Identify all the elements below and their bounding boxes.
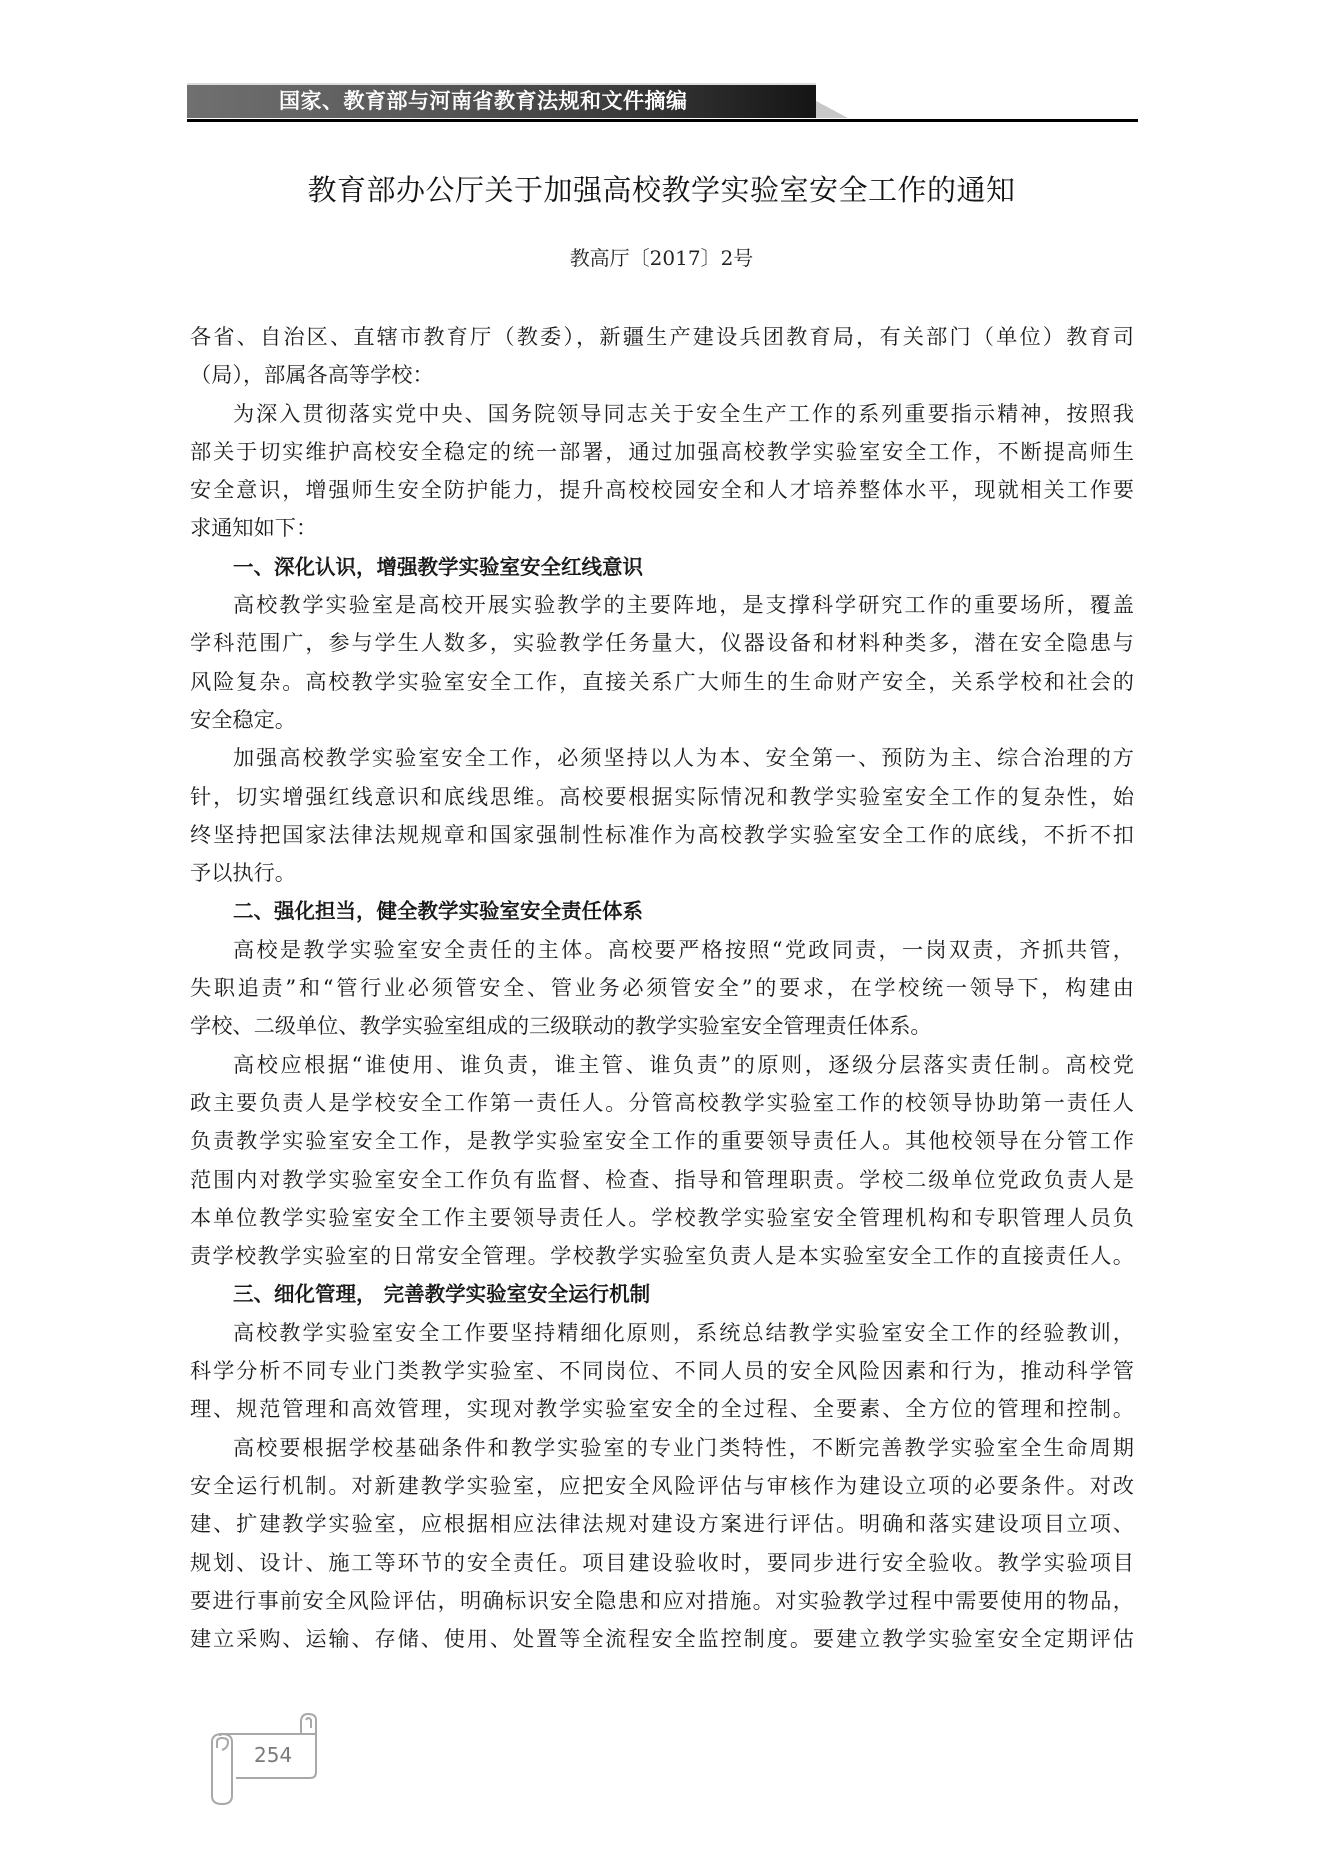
running-header-bar: 国家、教育部与河南省教育法规和文件摘编	[187, 83, 816, 118]
body-line: 部关于切实维护高校安全稳定的统一部署，通过加强高校教学实验室安全工作，不断提高师…	[190, 433, 1134, 471]
paragraph-last-line: 予以执行。	[190, 854, 1134, 892]
body-line: 范围内对教学实验室安全工作负有监督、检查、指导和管理职责。学校二级单位党政负责人…	[190, 1161, 1134, 1199]
body-line: 政主要负责人是学校安全工作第一责任人。分管高校教学实验室工作的校领导协助第一责任…	[190, 1084, 1134, 1122]
body-line: 风险复杂。高校教学实验室安全工作，直接关系广大师生的生命财产安全，关系学校和社会…	[190, 663, 1134, 701]
document-title: 教育部办公厅关于加强高校教学实验室安全工作的通知	[0, 170, 1323, 210]
paragraph-last-line: 学校、二级单位、教学实验室组成的三级联动的教学实验室安全管理责任体系。	[190, 1007, 1134, 1045]
body-line: 学科范围广，参与学生人数多，实验教学任务量大，仪器设备和材料种类多，潜在安全隐患…	[190, 624, 1134, 662]
body-line: 各省、自治区、直辖市教育厅（教委），新疆生产建设兵团教育局，有关部门（单位）教育…	[190, 318, 1134, 356]
body-line: 建立采购、运输、存储、使用、处置等全流程安全监控制度。要建立教学实验室安全定期评…	[190, 1620, 1134, 1658]
section-heading: 一、深化认识，增强教学实验室安全红线意识	[190, 548, 1134, 586]
body-line: 失职追责”和“管行业必须管安全、管业务必须管安全”的要求，在学校统一领导下，构建…	[190, 969, 1134, 1007]
paragraph-first-line: 高校教学实验室是高校开展实验教学的主要阵地，是支撑科学研究工作的重要场所，覆盖	[190, 586, 1134, 624]
paragraph-last-line: 求通知如下：	[190, 509, 1134, 547]
body-line: 安全运行机制。对新建教学实验室，应把安全风险评估与审核作为建设立项的必要条件。对…	[190, 1467, 1134, 1505]
paragraph-last-line: （局），部属各高等学校：	[190, 356, 1134, 394]
section-heading: 二、强化担当，健全教学实验室安全责任体系	[190, 892, 1134, 930]
header-rule-divider	[187, 119, 1138, 122]
paragraph-first-line: 加强高校教学实验室安全工作，必须坚持以人为本、安全第一、预防为主、综合治理的方	[190, 739, 1134, 777]
document-body: 各省、自治区、直辖市教育厅（教委），新疆生产建设兵团教育局，有关部门（单位）教育…	[190, 318, 1134, 1658]
body-line: 要进行事前安全风险评估，明确标识安全隐患和应对措施。对实验教学过程中需要使用的物…	[190, 1582, 1134, 1620]
paragraph-first-line: 高校教学实验室安全工作要坚持精细化原则，系统总结教学实验室安全工作的经验教训，	[190, 1314, 1134, 1352]
section-heading: 三、细化管理， 完善教学实验室安全运行机制	[190, 1275, 1134, 1313]
body-line: 建、扩建教学实验室，应根据相应法律法规对建设方案进行评估。明确和落实建设项目立项…	[190, 1505, 1134, 1543]
body-line: 负责教学实验室安全工作，是教学实验室安全工作的重要领导责任人。其他校领导在分管工…	[190, 1122, 1134, 1160]
paragraph-last-line: 安全稳定。	[190, 701, 1134, 739]
running-header-text: 国家、教育部与河南省教育法规和文件摘编	[279, 86, 688, 116]
body-line: 科学分析不同专业门类教学实验室、不同岗位、不同人员的安全风险因素和行为，推动科学…	[190, 1352, 1134, 1390]
body-line: 本单位教学实验室安全工作主要领导责任人。学校教学实验室安全管理机构和专职管理人员…	[190, 1199, 1134, 1237]
paragraph-first-line: 高校是教学实验室安全责任的主体。高校要严格按照“党政同责，一岗双责，齐抓共管，	[190, 931, 1134, 969]
document-number: 教高厅〔2017〕2号	[0, 244, 1323, 272]
header-wedge-decoration	[816, 101, 848, 118]
body-line: 规划、设计、施工等环节的安全责任。项目建设验收时，要同步进行安全验收。教学实验项…	[190, 1544, 1134, 1582]
paragraph-first-line: 高校要根据学校基础条件和教学实验室的专业门类特性，不断完善教学实验室全生命周期	[190, 1429, 1134, 1467]
body-line: 安全意识，增强师生安全防护能力，提升高校校园安全和人才培养整体水平，现就相关工作…	[190, 471, 1134, 509]
body-line: 责学校教学实验室的日常安全管理。学校教学实验室负责人是本实验室安全工作的直接责任…	[190, 1237, 1134, 1275]
paragraph-first-line: 为深入贯彻落实党中央、国务院领导同志关于安全生产工作的系列重要指示精神，按照我	[190, 395, 1134, 433]
paragraph-first-line: 高校应根据“谁使用、谁负责，谁主管、谁负责”的原则，逐级分层落实责任制。高校党	[190, 1046, 1134, 1084]
body-line: 针，切实增强红线意识和底线思维。高校要根据实际情况和教学实验室安全工作的复杂性，…	[190, 778, 1134, 816]
page-number: 254	[254, 1743, 314, 1767]
body-line: 终坚持把国家法律法规规章和国家强制性标准作为高校教学实验室安全工作的底线，不折不…	[190, 816, 1134, 854]
body-line: 理、规范管理和高效管理，实现对教学实验室安全的全过程、全要素、全方位的管理和控制…	[190, 1390, 1134, 1428]
